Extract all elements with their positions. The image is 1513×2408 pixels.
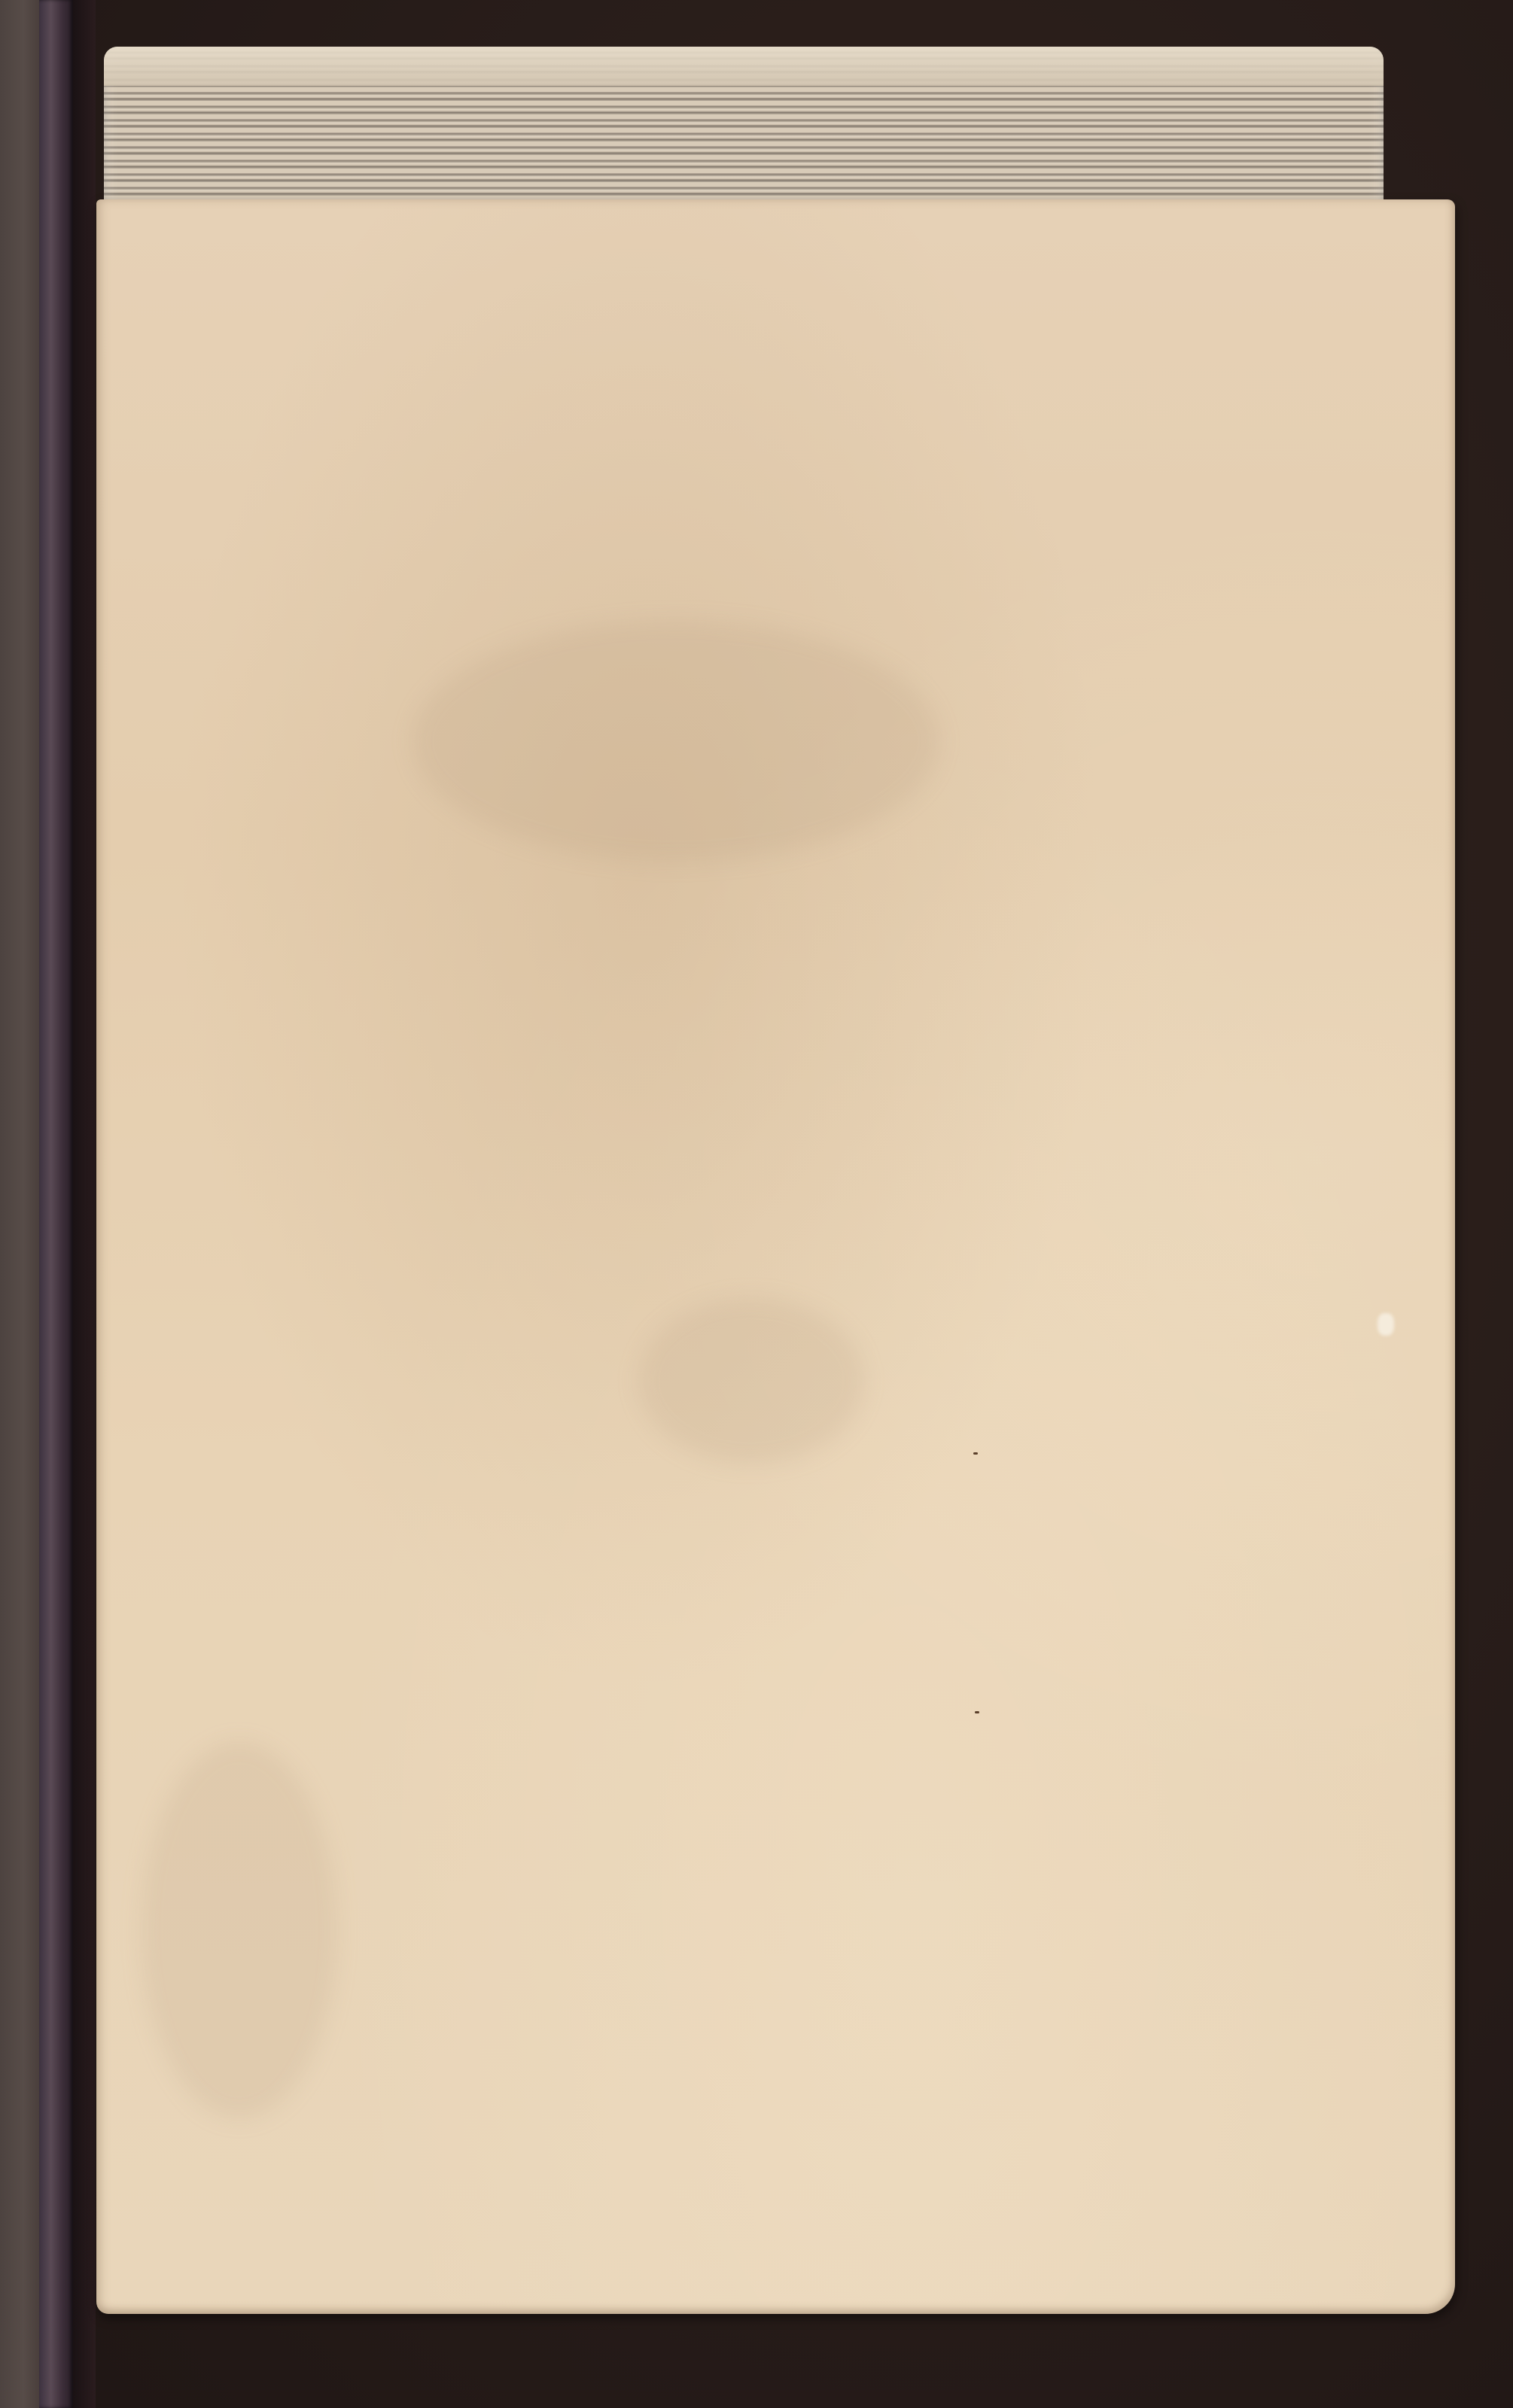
page-block-edge [104, 47, 1384, 212]
book-photograph [0, 0, 1513, 2408]
adjacent-book-board [0, 0, 39, 2408]
vellum-front-cover [96, 199, 1455, 2314]
cover-stain [638, 1298, 864, 1464]
shadow-gap [73, 0, 96, 2408]
cover-speck [975, 1711, 979, 1713]
adjacent-book-spine [39, 0, 73, 2408]
cover-speck [973, 1452, 978, 1455]
cover-scuff [1378, 1313, 1394, 1336]
cover-stain [142, 1742, 337, 2118]
cover-stain [412, 621, 939, 862]
